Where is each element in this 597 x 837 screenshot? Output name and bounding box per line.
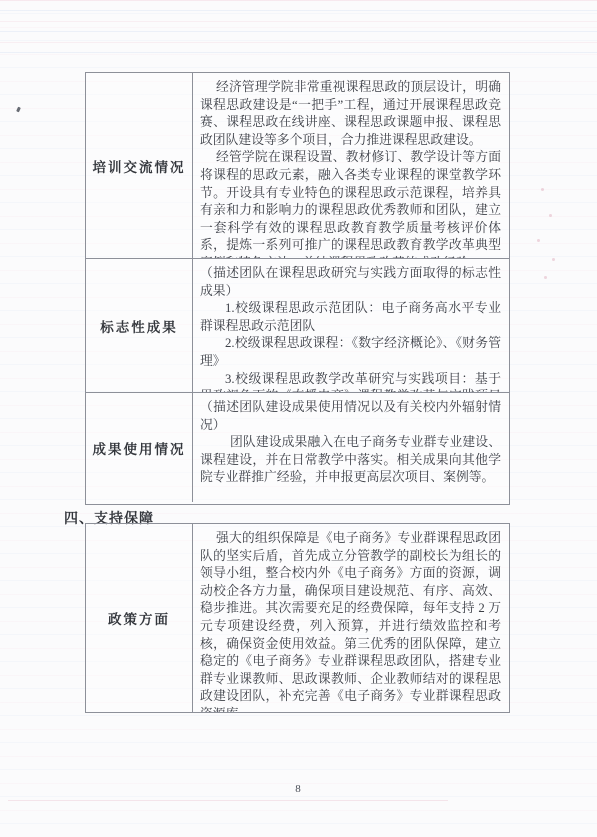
table-row: 培训交流情况 经济管理学院非常重视课程思政的顶层设计，明确课程思政建设是“一把手… bbox=[86, 73, 509, 258]
policy-content: 强大的组织保障是《电子商务》专业群课程思政团队的坚实后盾，首先成立分管教学的副校… bbox=[193, 524, 509, 712]
achievement-item: 2.校级课程思政课程：《数字经济概论》、《财务管理》 bbox=[200, 335, 501, 370]
ink-speck-artifact bbox=[16, 107, 21, 113]
row-label-landmark-achievements: 标志性成果 bbox=[86, 259, 193, 392]
scanned-document-page: { "colors":{ "border":"#8d9099", "text":… bbox=[0, 0, 597, 837]
achievement-item: 1.校级课程思政示范团队：电子商务高水平专业群课程思政示范团队 bbox=[200, 300, 501, 335]
pink-speck-artifact bbox=[552, 258, 555, 261]
table-row: 成果使用情况 （描述团队建设成果使用情况以及有关校内外辐射情况） 团队建设成果融… bbox=[86, 392, 509, 502]
paragraph: 强大的组织保障是《电子商务》专业群课程思政团队的坚实后盾，首先成立分管教学的副校… bbox=[200, 530, 501, 712]
table-row: 政策方面 强大的组织保障是《电子商务》专业群课程思政团队的坚实后盾，首先成立分管… bbox=[86, 524, 509, 712]
training-achievements-table: 培训交流情况 经济管理学院非常重视课程思政的顶层设计，明确课程思政建设是“一把手… bbox=[85, 72, 510, 505]
pink-speck-artifact bbox=[544, 276, 547, 279]
table-row: 标志性成果 （描述团队在课程思政研究与实践方面取得的标志性成果） 1.校级课程思… bbox=[86, 258, 509, 392]
hint-text: （描述团队在课程思政研究与实践方面取得的标志性成果） bbox=[200, 265, 501, 300]
paragraph: 团队建设成果融入在电子商务专业群专业建设、课程建设，并在日常教学中落实。相关成果… bbox=[200, 434, 501, 487]
page-number: 8 bbox=[0, 783, 597, 795]
results-usage-content: （描述团队建设成果使用情况以及有关校内外辐射情况） 团队建设成果融入在电子商务专… bbox=[193, 393, 509, 502]
row-label-results-usage: 成果使用情况 bbox=[86, 393, 193, 502]
pink-speck-artifact bbox=[537, 239, 540, 242]
achievement-item: 3.校级课程思政教学改革研究与实践项目：基于思政视角下的《直播电商》课程教学改革… bbox=[200, 371, 501, 392]
scan-line-artifact bbox=[8, 800, 448, 801]
support-guarantee-table: 政策方面 强大的组织保障是《电子商务》专业群课程思政团队的坚实后盾，首先成立分管… bbox=[85, 523, 510, 713]
paragraph: 经济管理学院非常重视课程思政的顶层设计，明确课程思政建设是“一把手”工程，通过开… bbox=[200, 79, 501, 149]
scan-lines-top-artifact bbox=[0, 0, 597, 62]
hint-text: （描述团队建设成果使用情况以及有关校内外辐射情况） bbox=[200, 399, 501, 434]
row-label-training-exchange: 培训交流情况 bbox=[86, 73, 193, 258]
landmark-achievements-content: （描述团队在课程思政研究与实践方面取得的标志性成果） 1.校级课程思政示范团队：… bbox=[193, 259, 509, 392]
pink-speck-artifact bbox=[549, 214, 552, 217]
training-exchange-content: 经济管理学院非常重视课程思政的顶层设计，明确课程思政建设是“一把手”工程，通过开… bbox=[193, 73, 509, 258]
row-label-policy: 政策方面 bbox=[86, 524, 193, 712]
paragraph: 经管学院在课程设置、教材修订、教学设计等方面将课程的思政元素，融入各类专业课程的… bbox=[200, 149, 501, 258]
pink-speck-artifact bbox=[541, 188, 544, 191]
